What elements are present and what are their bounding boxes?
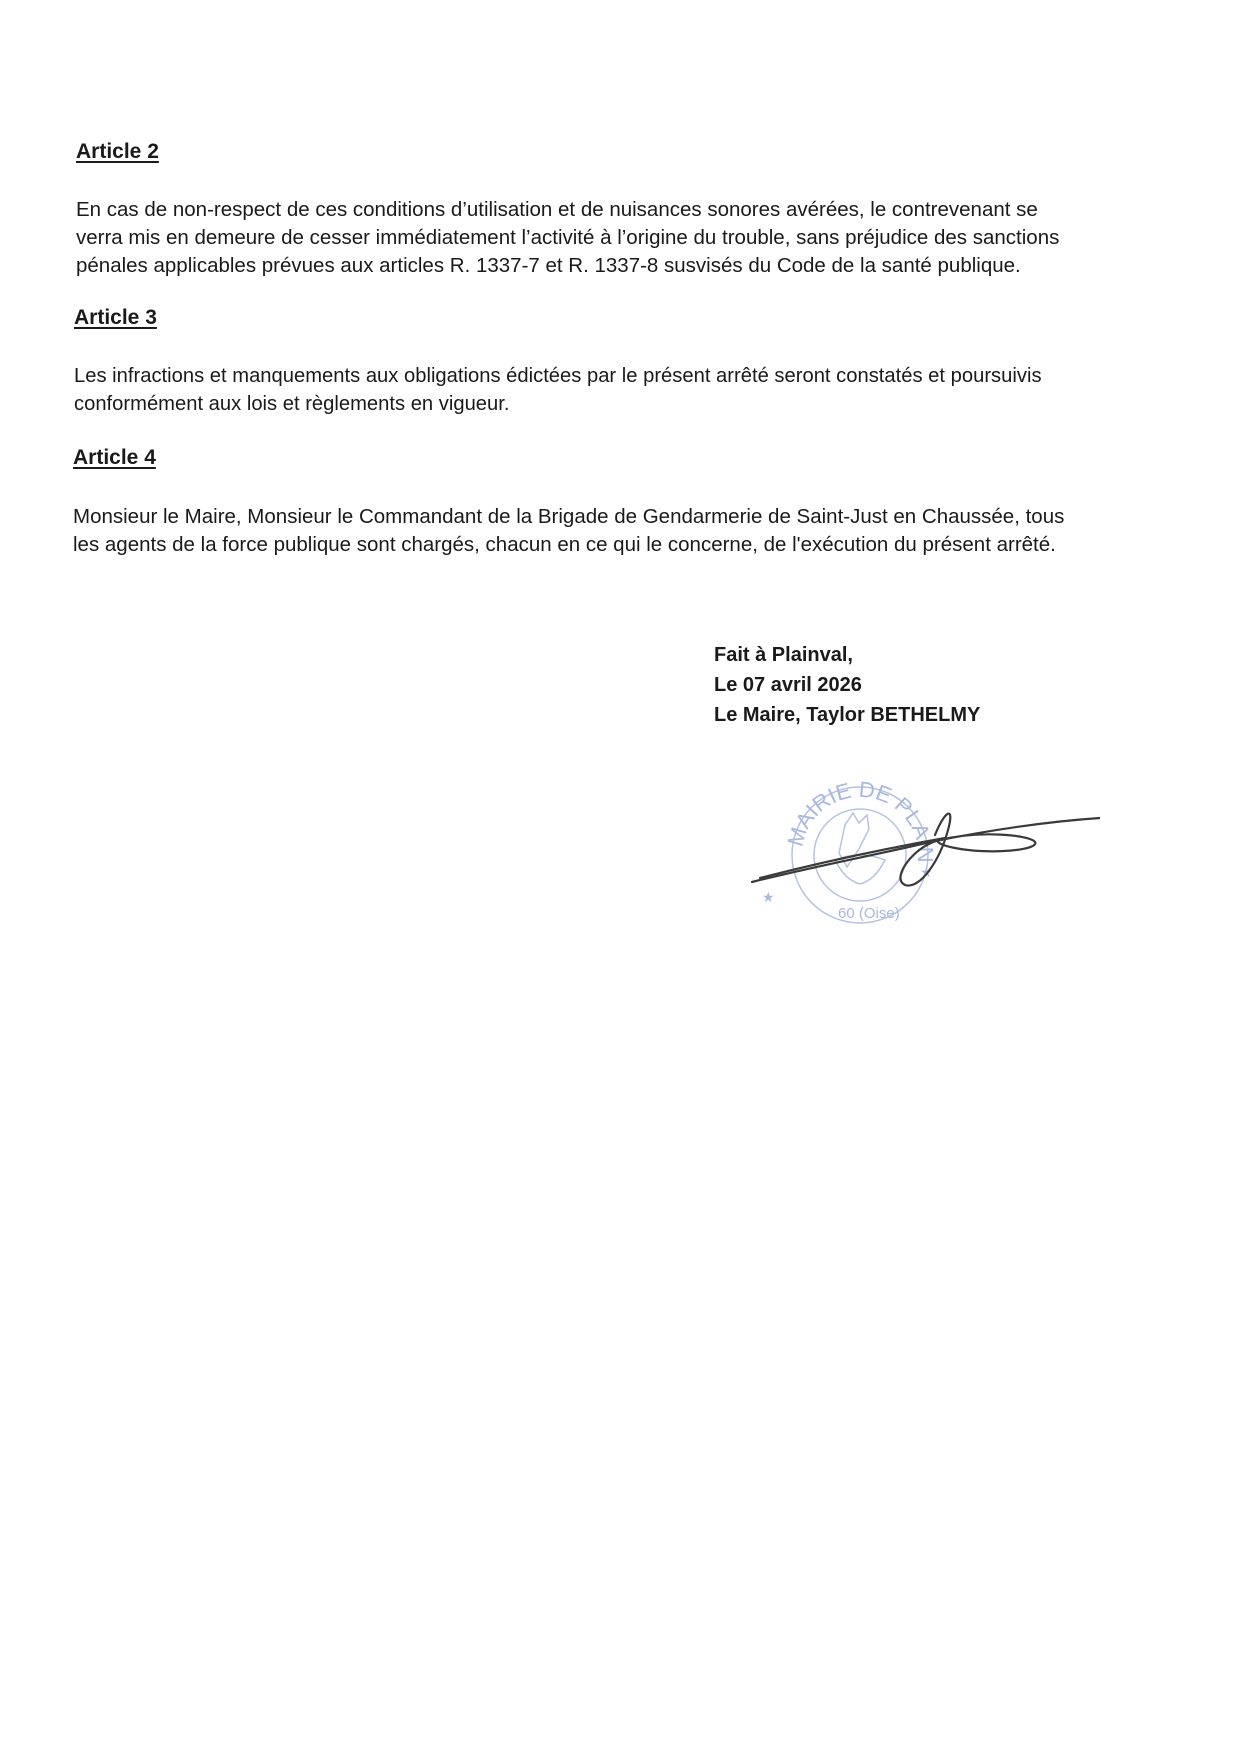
signature-place: Fait à Plainval, bbox=[714, 640, 980, 670]
article-2-body: En cas de non-respect de ces conditions … bbox=[76, 196, 1059, 280]
text-line: Monsieur le Maire, Monsieur le Commandan… bbox=[73, 503, 1064, 531]
text-line: Les infractions et manquements aux oblig… bbox=[74, 362, 1042, 390]
article-3-heading: Article 3 bbox=[74, 306, 157, 330]
article-4-body: Monsieur le Maire, Monsieur le Commandan… bbox=[73, 503, 1064, 559]
text-line: pénales applicables prévues aux articles… bbox=[76, 252, 1059, 280]
article-2-heading: Article 2 bbox=[76, 140, 159, 164]
article-3-body: Les infractions et manquements aux oblig… bbox=[74, 362, 1042, 418]
text-line: conformément aux lois et règlements en v… bbox=[74, 390, 1042, 418]
text-line: les agents de la force publique sont cha… bbox=[73, 531, 1064, 559]
signature-block: Fait à Plainval, Le 07 avril 2026 Le Mai… bbox=[714, 640, 980, 730]
signatory-name: Le Maire, Taylor BETHELMY bbox=[714, 700, 980, 730]
text-line: verra mis en demeure de cesser immédiate… bbox=[76, 224, 1059, 252]
article-4-heading: Article 4 bbox=[73, 446, 156, 470]
text-line: En cas de non-respect de ces conditions … bbox=[76, 196, 1059, 224]
signature-date: Le 07 avril 2026 bbox=[714, 670, 980, 700]
stamp-text-bottom: 60 (Oise) bbox=[838, 905, 900, 922]
official-stamp-icon: MAIRIE DE PLAINVAL 60 (Oise) ★ ★ bbox=[740, 760, 1100, 930]
svg-text:★: ★ bbox=[762, 889, 775, 905]
stamp-and-signature: MAIRIE DE PLAINVAL 60 (Oise) ★ ★ bbox=[740, 760, 1100, 930]
